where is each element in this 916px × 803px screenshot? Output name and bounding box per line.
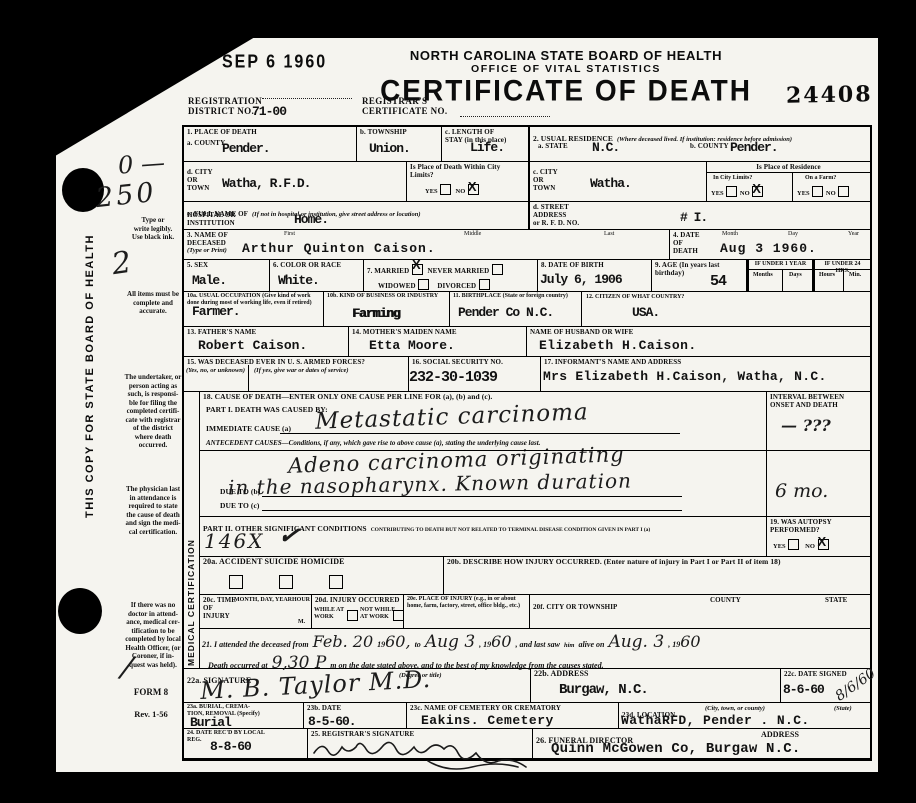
divorced-checkbox (479, 279, 490, 290)
certificate-paper: This is a legal record and will be perma… (56, 38, 878, 772)
last-year-handwriting: 60 (680, 632, 700, 651)
registrar-signature-scribble (308, 735, 538, 769)
hospital-value: Home. (294, 212, 328, 227)
social-security-value: 232-30-1039 (409, 369, 497, 386)
street-address-value: # I. (680, 210, 707, 225)
due-to-b-label: DUE TO (b) (220, 488, 260, 496)
part2-sub-label: CONTRIBUTING TO DEATH BUT NOT RELATED TO… (371, 527, 651, 533)
board-of-health-heading: NORTH CAROLINA STATE BOARD OF HEALTH (316, 48, 816, 63)
burial-value: Burial (190, 715, 231, 730)
married-label: 7. MARRIED (367, 267, 409, 275)
date-of-birth-value: July 6, 1906 (540, 272, 622, 287)
place-city-value: Watha, R.F.D. (222, 176, 310, 191)
length-of-stay-value: Life. (470, 140, 504, 155)
month-label: Month (722, 231, 738, 238)
year-label: Year (848, 231, 859, 238)
fathers-name-value: Robert Caison. (198, 338, 307, 353)
margin-note-legibly: Type or write legibly. Use black ink. (120, 216, 186, 242)
mothers-maiden-name-label: 14. MOTHER'S MAIDEN NAME (352, 328, 523, 336)
hospital-paren-label: (If not in hospital or institution, give… (252, 211, 420, 218)
type-or-print-label: (Type or Print) (187, 247, 227, 254)
armed-forces-sub2: (If yes, give war or dates of service) (254, 367, 349, 374)
autopsy-label: 19. WAS AUTOPSY PERFORMED? (770, 518, 867, 534)
deceased-name-value: Arthur Quinton Caison. (242, 241, 436, 256)
date-of-death-value: Aug 3 1960. (720, 241, 817, 256)
x-mark: X (468, 179, 477, 194)
citizen-value: USA. (632, 305, 659, 320)
interval-label: INTERVAL BETWEEN ONSET AND DEATH (770, 393, 867, 409)
county-label: a. COUNTY (187, 139, 225, 147)
months-label: Months (753, 272, 773, 279)
injury-occurred-label: 20d. INJURY OCCURRED (315, 596, 400, 604)
married-checkbox: X (412, 264, 423, 275)
x-mark: X (818, 534, 827, 549)
husband-or-wife-value: Elizabeth H.Caison. (539, 338, 697, 353)
margin-handwriting-250: 250 (95, 177, 158, 214)
printed-19c: , 19 (668, 640, 680, 649)
date-signed-value: 8-6-60 (783, 682, 824, 697)
printed-last-saw: , and last saw (516, 640, 560, 649)
death-limits-no-checkbox: X (468, 184, 479, 195)
printed-him: him (564, 642, 574, 649)
printed-19a: 19 (377, 640, 385, 649)
physician-signature-handwriting: M. B. Taylor M.D. (199, 665, 431, 705)
accident-suicide-homicide-label: 20a. ACCIDENT SUICIDE HOMICIDE (203, 558, 440, 566)
due-to-c-label: DUE TO (c) (220, 502, 259, 510)
accident-checkbox (229, 575, 243, 589)
burial-location-state-sub: (State) (834, 705, 852, 712)
certificate-number: 24408 (786, 81, 873, 109)
no-label: NO (456, 188, 466, 195)
widowed-checkbox (418, 279, 429, 290)
in-city-limits-label: In City Limits? (713, 175, 752, 182)
burial-location-sub: (City, town, or county) (705, 705, 765, 712)
registrar-certificate-label: REGISTRAR'S CERTIFICATE NO. (362, 96, 448, 116)
burial-date-label: 23b. DATE (307, 704, 403, 712)
city-or-town-label: d. CITY OR TOWN (187, 168, 213, 192)
part2-checkmark-handwriting: ✓ (276, 520, 302, 553)
fathers-name-label: 13. FATHER'S NAME (187, 328, 345, 336)
occupation-value: Farmer. (192, 304, 240, 319)
scanned-death-certificate: This is a legal record and will be perma… (0, 0, 916, 803)
not-while-at-work-checkbox (393, 610, 404, 621)
armed-forces-sub1: (Yes, no, or unknown) (186, 367, 245, 374)
attended-to-handwriting: Aug 3 (425, 632, 475, 652)
armed-forces-label: 15. WAS DECEASED EVER IN U. S. ARMED FOR… (187, 358, 405, 366)
date-received-value: 8-8-60 (210, 739, 251, 754)
birthplace-label: 11. BIRTHPLACE (State or foreign country… (453, 293, 578, 300)
received-date-stamp: SEP 6 1960 (222, 53, 327, 74)
interval-a-handwriting: — ??? (781, 416, 831, 435)
copy-for-state-board-vertical-label: THIS COPY FOR STATE BOARD OF HEALTH (84, 146, 96, 518)
yes-label: YES (797, 190, 810, 197)
month-day-year-label: MONTH, DAY, YEAR (234, 597, 292, 604)
farm-no-checkbox (838, 186, 849, 197)
informant-value: Mrs Elizabeth H.Caison, Watha, N.C. (543, 369, 827, 384)
no-label: NO (826, 190, 836, 197)
township-label: b. TOWNSHIP (360, 128, 438, 136)
injury-state-label: STATE (825, 596, 847, 604)
first-label: First (284, 231, 295, 238)
kind-of-business-label: 10b. KIND OF BUSINESS OR INDUSTRY (327, 293, 446, 300)
part1-label: PART I. DEATH WAS CAUSED BY: (206, 406, 328, 414)
last-alive-handwriting: Aug. 3 (608, 632, 664, 652)
to-year-handwriting: 60 (491, 632, 511, 651)
yes-label: YES (425, 188, 438, 195)
color-or-race-label: 6. COLOR OR RACE (273, 261, 360, 269)
office-heading: OFFICE OF VITAL STATISTICS (316, 63, 816, 75)
form-revision: Rev. 1-56 (118, 710, 184, 719)
day-label: Day (788, 231, 798, 238)
margin-handwriting-0: 0 — (117, 148, 166, 179)
burial-date-value: 8-5-60. (308, 714, 356, 729)
residence-county-label: b. COUNTY (690, 142, 729, 150)
residence-state-value: N.C. (592, 140, 619, 155)
birthplace-value: Pender Co N.C. (458, 305, 553, 320)
divorced-label: DIVORCED (437, 282, 476, 290)
autopsy-yes-checkbox (788, 539, 799, 550)
never-married-label: NEVER MARRIED (427, 267, 489, 275)
place-of-injury-label: 20e. PLACE OF INJURY (e.g., in or about … (407, 596, 526, 610)
middle-label: Middle (464, 231, 481, 238)
interval-b-handwriting: 6 mo. (775, 480, 828, 502)
funeral-director-address-label: ADDRESS (761, 731, 799, 739)
part2-value-handwriting: 146X (204, 529, 264, 553)
x-mark: X (412, 257, 421, 272)
hour-label: HOUR (292, 597, 310, 604)
industry-value: Farming (352, 306, 400, 321)
no-label: NO (805, 543, 815, 550)
residence-city-value: Watha. (590, 176, 631, 191)
death-city-limits-label: Is Place of Death Within City Limits? (410, 163, 525, 179)
farm-yes-checkbox (812, 186, 823, 197)
place-of-residence-label: Is Place of Residence (710, 163, 867, 171)
social-security-label: 16. SOCIAL SECURITY NO. (412, 358, 537, 366)
while-at-work-label: WHILE AT WORK (314, 607, 344, 621)
printed-alive-on: alive on (578, 640, 604, 649)
autopsy-no-checkbox: X (818, 539, 829, 550)
place-county-value: Pender. (222, 141, 270, 156)
hole-punch-bottom (58, 588, 102, 634)
residence-city-label: c. CITY OR TOWN (533, 168, 558, 192)
cause-of-death-title: 18. CAUSE OF DEATH—ENTER ONLY ONE CAUSE … (203, 393, 763, 401)
not-while-at-work-label: NOT WHILE AT WORK (360, 607, 395, 621)
residence-state-label: a. STATE (538, 142, 568, 150)
yes-label: YES (773, 543, 786, 550)
residence-limits-no-checkbox: X (752, 186, 763, 197)
margin-note-physician: The physician last in attendance is requ… (118, 485, 188, 536)
margin-note-undertaker: The undertaker, or person acting as such… (118, 373, 188, 450)
last-label: Last (604, 231, 614, 238)
widowed-label: WIDOWED (378, 282, 416, 290)
residence-limits-yes-checkbox (726, 186, 737, 197)
form-number: FORM 8 (118, 688, 184, 697)
days-label: Days (789, 272, 802, 279)
age-label: 9. AGE (In years last birthday) (655, 261, 743, 277)
describe-injury-label: 20b. DESCRIBE HOW INJURY OCCURRED. (Ente… (447, 558, 867, 566)
margin-note-complete: All items must be complete and accurate. (118, 290, 188, 316)
margin-note-legal: This is a legal record and will be perma… (120, 46, 186, 72)
if-under-1-year-label: IF UNDER 1 YEAR (752, 261, 809, 268)
date-of-birth-label: 8. DATE OF BIRTH (541, 261, 648, 269)
sex-label: 5. SEX (187, 261, 266, 269)
never-married-checkbox (492, 264, 503, 275)
margin-handwriting-2: 2 (110, 245, 134, 282)
attended-prefix: 21. I attended the deceased from (202, 640, 309, 649)
burial-location-value: WathaRFD, Pender . N.C. (621, 713, 810, 728)
homicide-checkbox (329, 575, 343, 589)
injury-city-label: 20f. CITY OR TOWNSHIP (533, 603, 617, 611)
from-year-handwriting: 60, (385, 632, 410, 651)
cemetery-value: Eakins. Cemetery (421, 713, 554, 728)
printed-19b: , 19 (479, 640, 491, 649)
yes-label: YES (711, 190, 724, 197)
cause-a-handwriting: Metastatic carcinoma (315, 399, 589, 435)
registration-district-value: 71-00 (252, 104, 286, 119)
sex-value: Male. (192, 273, 226, 288)
x-mark: X (752, 181, 761, 196)
no-label: NO (740, 190, 750, 197)
while-at-work-checkbox (347, 610, 358, 621)
husband-or-wife-label: NAME OF HUSBAND OR WIFE (530, 328, 867, 336)
suicide-checkbox (279, 575, 293, 589)
death-certificate-form: 1. PLACE OF DEATH a. COUNTY Pender. b. T… (182, 125, 872, 761)
address-value: Burgaw, N.C. (559, 682, 648, 698)
residence-county-value: Pender. (730, 140, 778, 155)
min-label: Min. (849, 272, 861, 279)
mothers-maiden-name-value: Etta Moore. (369, 338, 455, 353)
address-label: 22b. ADDRESS (534, 670, 777, 678)
township-value: Union. (369, 141, 410, 156)
cemetery-label: 23c. NAME OF CEMETERY OR CREMATORY (410, 704, 615, 712)
funeral-director-value: Quinn McGowen Co, Burgaw N.C. (551, 741, 800, 757)
citizen-label: 12. CITIZEN OF WHAT COUNTRY? (586, 294, 684, 301)
hours-label: Hours (819, 272, 835, 279)
on-a-farm-label: On a Farm? (805, 175, 836, 182)
informant-label: 17. INFORMANT'S NAME AND ADDRESS (544, 358, 867, 366)
place-of-death-title: 1. PLACE OF DEATH (187, 128, 353, 136)
attended-from-handwriting: Feb. 20 (313, 632, 373, 651)
death-limits-yes-checkbox (440, 184, 451, 195)
immediate-cause-label: IMMEDIATE CAUSE (a) (206, 425, 291, 433)
hospital-label2: HOSPITAL OR INSTITUTION (187, 211, 236, 227)
injury-county-label: COUNTY (710, 596, 741, 604)
age-value: 54 (710, 273, 726, 290)
printed-to: to (415, 640, 421, 649)
race-value: White. (278, 273, 319, 288)
medical-certification-vertical-label: MEDICAL CERTIFICATION (186, 396, 196, 666)
m-label: M. (298, 619, 305, 626)
